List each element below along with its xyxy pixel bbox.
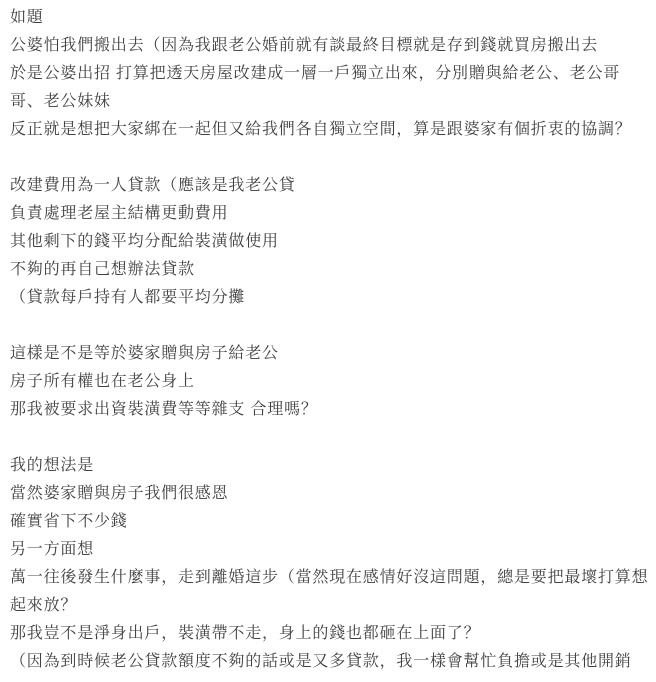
post-text-line: 當然婆家贈與房子我們很感恩 xyxy=(10,480,648,508)
post-text-line: （因為到時候老公貸款額度不夠的話或是又多貸款，我一樣會幫忙負擔或是其他開銷 xyxy=(10,648,648,676)
post-text-line: 那我被要求出資裝潢費等等雜支 合理嗎？ xyxy=(10,396,648,424)
post-text-line: 那我豈不是淨身出戶，裝潢帶不走，身上的錢也都砸在上面了？ xyxy=(10,620,648,648)
post-text-line: 反正就是想把大家綁在一起但又給我們各自獨立空間，算是跟婆家有個折衷的協調？ xyxy=(10,116,648,144)
post-text-line: 其他剩下的錢平均分配給裝潢做使用 xyxy=(10,228,648,256)
post-text-line: 確實省下不少錢 xyxy=(10,508,648,536)
post-text-line: 改建費用為一人貸款（應該是我老公貸 xyxy=(10,172,648,200)
post-text-line: 公婆怕我們搬出去（因為我跟老公婚前就有談最終目標就是存到錢就買房搬出去 xyxy=(10,32,648,60)
post-text-line: 萬一往後發生什麼事，走到離婚這步（當然現在感情好沒這問題，總是要把最壞打算想 xyxy=(10,564,648,592)
post-text-line: 我的想法是 xyxy=(10,452,648,480)
post-body: 如題公婆怕我們搬出去（因為我跟老公婚前就有談最終目標就是存到錢就買房搬出去於是公… xyxy=(0,0,656,676)
post-text-line: 不夠的再自己想辦法貸款 xyxy=(10,256,648,284)
post-text-line: 哥、老公妹妹 xyxy=(10,88,648,116)
post-text-line: 起來放？ xyxy=(10,592,648,620)
post-text-line: 如題 xyxy=(10,4,648,32)
post-text-line: 負責處理老屋主結構更動費用 xyxy=(10,200,648,228)
post-text-line: 這樣是不是等於婆家贈與房子給老公 xyxy=(10,340,648,368)
post-blank-line xyxy=(10,312,648,340)
post-text-line: 另一方面想 xyxy=(10,536,648,564)
post-text-line: 房子所有權也在老公身上 xyxy=(10,368,648,396)
post-text-line: （貸款每戶持有人都要平均分攤 xyxy=(10,284,648,312)
post-blank-line xyxy=(10,144,648,172)
post-text-line: 於是公婆出招 打算把透天房屋改建成一層一戶獨立出來，分別贈與給老公、老公哥 xyxy=(10,60,648,88)
post-blank-line xyxy=(10,424,648,452)
